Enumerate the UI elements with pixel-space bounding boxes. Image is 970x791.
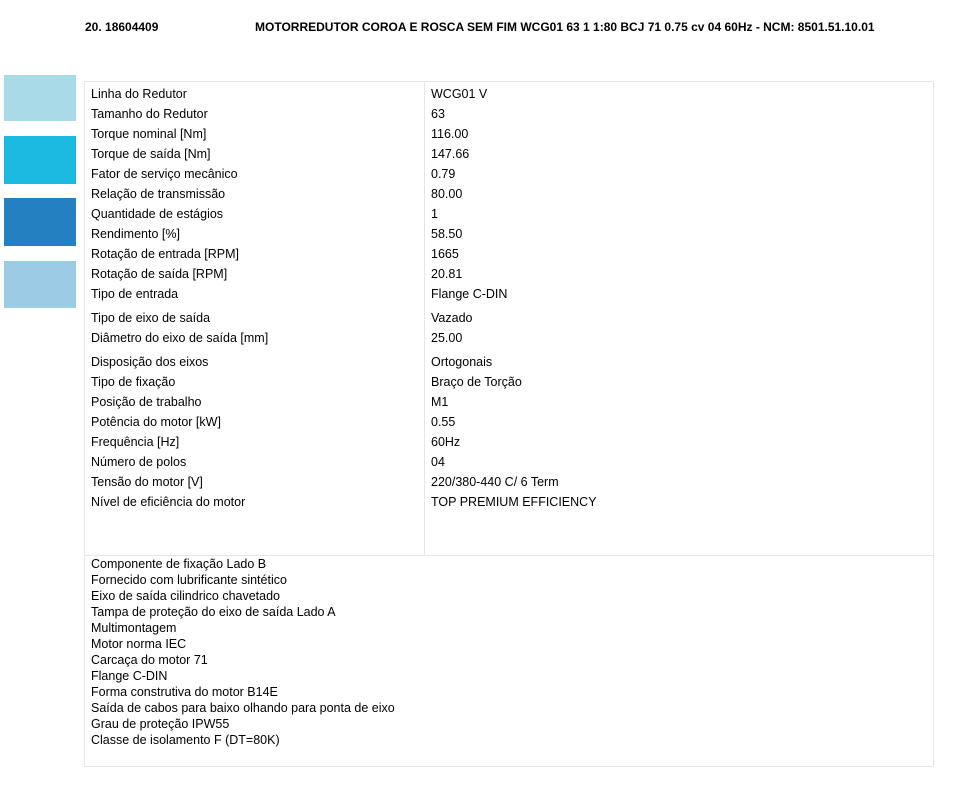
feature-item: Eixo de saída cilindrico chavetado: [91, 588, 395, 604]
spec-row: Rotação de entrada [RPM]1665: [85, 244, 933, 264]
spec-row: Tensão do motor [V]220/380-440 C/ 6 Term: [85, 472, 933, 492]
feature-item: Multimontagem: [91, 620, 395, 636]
spec-value: 1: [431, 204, 438, 224]
feature-item: Saída de cabos para baixo olhando para p…: [91, 700, 395, 716]
spec-label: Tensão do motor [V]: [91, 472, 203, 492]
feature-item: Motor norma IEC: [91, 636, 395, 652]
spec-value: Braço de Torção: [431, 372, 522, 392]
feature-item: Fornecido com lubrificante sintético: [91, 572, 395, 588]
product-title: MOTORREDUTOR COROA E ROSCA SEM FIM WCG01…: [255, 20, 895, 35]
spec-label: Linha do Redutor: [91, 84, 187, 104]
spec-row: Relação de transmissão80.00: [85, 184, 933, 204]
feature-item: Flange C-DIN: [91, 668, 395, 684]
spec-value: 20.81: [431, 264, 462, 284]
spec-row: Torque de saída [Nm]147.66: [85, 144, 933, 164]
spec-label: Tamanho do Redutor: [91, 104, 208, 124]
spec-row: Frequência [Hz]60Hz: [85, 432, 933, 452]
spec-value: 58.50: [431, 224, 462, 244]
feature-item: Componente de fixação Lado B: [91, 556, 395, 572]
feature-item: Carcaça do motor 71: [91, 652, 395, 668]
spec-label: Rotação de entrada [RPM]: [91, 244, 239, 264]
spec-value: 116.00: [431, 124, 468, 144]
spec-row: Posição de trabalhoM1: [85, 392, 933, 412]
spec-label: Frequência [Hz]: [91, 432, 179, 452]
spec-label: Torque nominal [Nm]: [91, 124, 206, 144]
spec-row: Diâmetro do eixo de saída [mm]25.00: [85, 328, 933, 348]
color-swatch-light-blue: [4, 261, 76, 308]
spec-label: Tipo de eixo de saída: [91, 308, 210, 328]
spec-value: 147.66: [431, 144, 469, 164]
spec-label: Diâmetro do eixo de saída [mm]: [91, 328, 268, 348]
spec-value: TOP PREMIUM EFFICIENCY: [431, 492, 597, 512]
spec-value: M1: [431, 392, 448, 412]
spec-value: 04: [431, 452, 445, 472]
spec-label: Torque de saída [Nm]: [91, 144, 211, 164]
feature-item: Forma construtiva do motor B14E: [91, 684, 395, 700]
color-swatch-light-cyan: [4, 75, 76, 121]
spec-value: 80.00: [431, 184, 462, 204]
spec-value: 1665: [431, 244, 459, 264]
color-swatch-cyan: [4, 136, 76, 184]
spec-label: Disposição dos eixos: [91, 352, 208, 372]
spec-label: Tipo de entrada: [91, 284, 178, 304]
feature-item: Classe de isolamento F (DT=80K): [91, 732, 395, 748]
spec-row: Disposição dos eixosOrtogonais: [85, 352, 933, 372]
spec-row: Tipo de entradaFlange C-DIN: [85, 284, 933, 304]
spec-label: Relação de transmissão: [91, 184, 225, 204]
spec-row: Tamanho do Redutor63: [85, 104, 933, 124]
spec-row: Linha do RedutorWCG01 V: [85, 84, 933, 104]
spec-value: 63: [431, 104, 445, 124]
spec-label: Posição de trabalho: [91, 392, 202, 412]
spec-row: Tipo de fixaçãoBraço de Torção: [85, 372, 933, 392]
spec-section: Linha do RedutorWCG01 VTamanho do Reduto…: [85, 82, 933, 556]
spec-value: 220/380-440 C/ 6 Term: [431, 472, 559, 492]
spec-label: Quantidade de estágios: [91, 204, 223, 224]
spec-value: WCG01 V: [431, 84, 487, 104]
spec-row: Tipo de eixo de saídaVazado: [85, 308, 933, 328]
spec-row: Rotação de saída [RPM]20.81: [85, 264, 933, 284]
feature-item: Grau de proteção IPW55: [91, 716, 395, 732]
item-number: 20. 18604409: [85, 20, 158, 34]
spec-row: Rendimento [%]58.50: [85, 224, 933, 244]
spec-label: Tipo de fixação: [91, 372, 175, 392]
spec-value: Ortogonais: [431, 352, 492, 372]
color-swatch-blue: [4, 198, 76, 246]
spec-row: Fator de serviço mecânico0.79: [85, 164, 933, 184]
spec-value: Vazado: [431, 308, 472, 328]
spec-label: Nível de eficiência do motor: [91, 492, 245, 512]
spec-label: Rotação de saída [RPM]: [91, 264, 227, 284]
spec-value: 60Hz: [431, 432, 460, 452]
spec-label: Rendimento [%]: [91, 224, 180, 244]
feature-item: Tampa de proteção do eixo de saída Lado …: [91, 604, 395, 620]
spec-value: 0.55: [431, 412, 455, 432]
spec-value: Flange C-DIN: [431, 284, 507, 304]
spec-value: 25.00: [431, 328, 462, 348]
spec-table: Linha do RedutorWCG01 VTamanho do Reduto…: [84, 81, 934, 767]
spec-label: Fator de serviço mecânico: [91, 164, 238, 184]
spec-row: Quantidade de estágios1: [85, 204, 933, 224]
spec-row: Número de polos04: [85, 452, 933, 472]
spec-label: Número de polos: [91, 452, 186, 472]
spec-row: Potência do motor [kW]0.55: [85, 412, 933, 432]
spec-value: 0.79: [431, 164, 455, 184]
spec-row: Torque nominal [Nm]116.00: [85, 124, 933, 144]
feature-list: Componente de fixação Lado BFornecido co…: [91, 556, 395, 748]
spec-label: Potência do motor [kW]: [91, 412, 221, 432]
spec-row: Nível de eficiência do motorTOP PREMIUM …: [85, 492, 933, 512]
